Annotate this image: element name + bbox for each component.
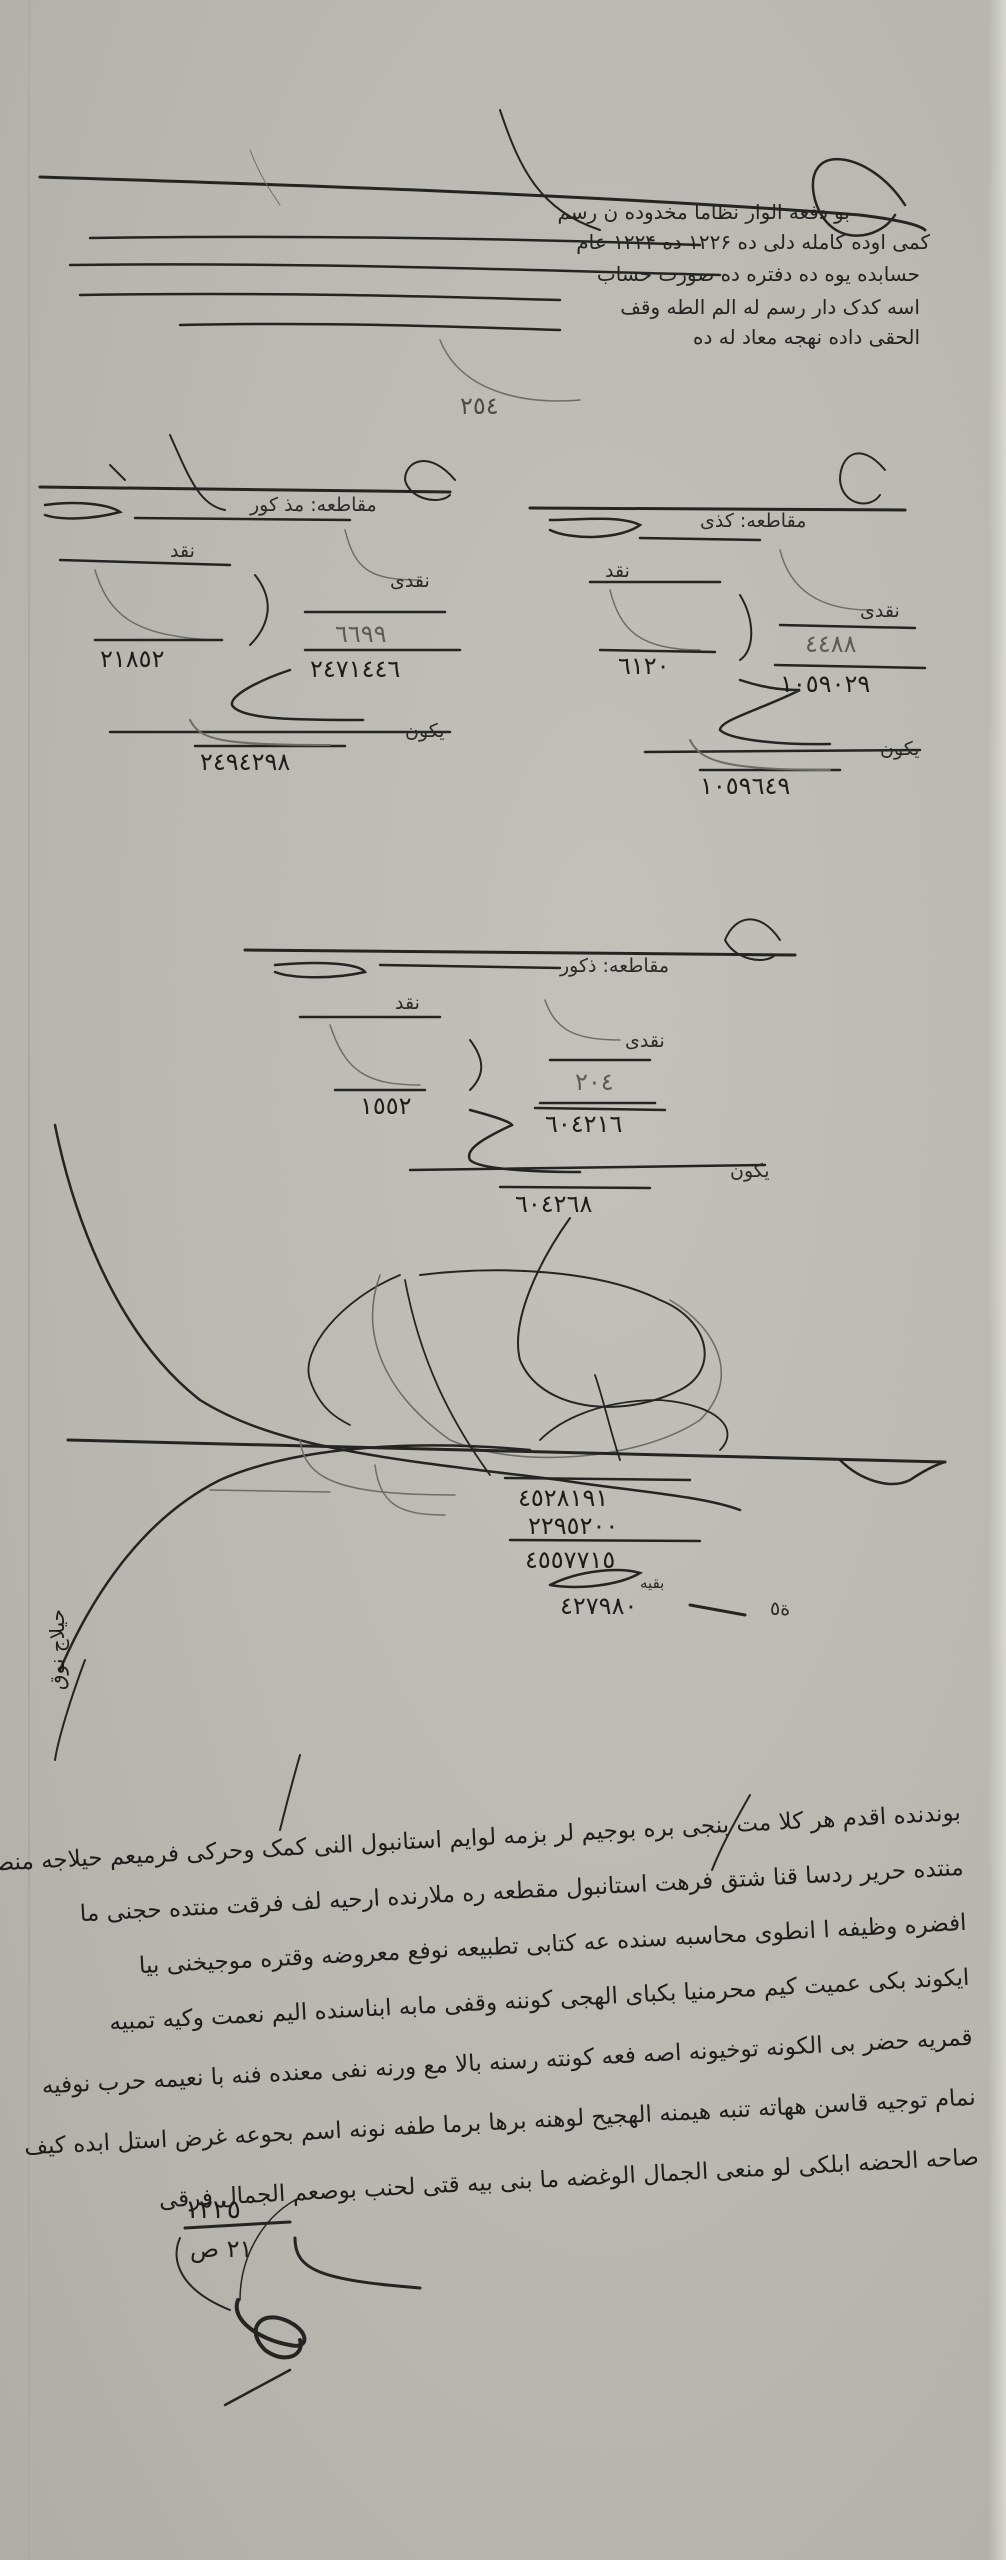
header-line: اسه کدک دار رسم له الم الطه وقف [620, 295, 920, 319]
row-value: ٦٠٤٢١٦ [545, 1110, 622, 1138]
block-total: ١٠٥٩٦٤٩ [700, 772, 790, 800]
block-title: مقاطعه: مذ کور [250, 494, 377, 516]
block-title: مقاطعه: ذکور [560, 955, 669, 977]
row-value: ٤٤٨٨ [805, 630, 857, 658]
margin-note: حیلاج نوق [45, 1609, 69, 1690]
row-value: ٢٠٤ [575, 1068, 614, 1096]
row-value: ٦٦٩٩ [335, 620, 387, 648]
total-label: یکون [880, 738, 920, 760]
manuscript-page: بو دفعه الوار نظاما مخدوده ن رسم کمی اود… [0, 0, 1006, 2560]
sum-value: ٢٢٩٥٢٠٠ [528, 1512, 618, 1540]
signature-day-month: ٢١ ص [190, 2235, 252, 2263]
row-label: نقدی [390, 570, 430, 592]
header-line: الحقی داده نهجه معاد له ده [693, 325, 920, 349]
sum-value: ٤٥٥٧٧١٥ [525, 1546, 615, 1574]
header-line: حسابده یوه ده دفتره ده صورت حساب [597, 262, 920, 286]
row-label: نقدی [860, 600, 900, 622]
block-total: ٦٠٤٢٦٨ [515, 1190, 592, 1218]
header-line: کمی اوده کامله دلی ده ۱۲۲۶ ده ۱۲۲۴ عام [576, 230, 930, 254]
side-value: ١٥٥٢ [360, 1092, 412, 1120]
block-total: ٢٤٩٤٢٩٨ [200, 748, 290, 776]
block-subtitle: نقد [170, 540, 195, 562]
header-line: بو دفعه الوار نظاما مخدوده ن رسم [557, 200, 850, 224]
sum-marker: ة٥ [770, 1598, 790, 1620]
result-label: بقیه [640, 1574, 664, 1592]
row-value: ٢٤٧١٤٤٦ [310, 655, 400, 683]
row-value: ١٠٥٩٠٢٩ [780, 670, 870, 698]
row-label: نقدی [625, 1030, 665, 1052]
page-number: ٢٥٤ [460, 392, 499, 420]
signature-date: ١٢٢٥ [185, 2195, 241, 2225]
margin-note-wrap: حیلاج نوق [45, 1609, 69, 1690]
side-value: ٦١٢٠ [618, 652, 670, 680]
side-value: ٢١٨٥٢ [100, 645, 164, 673]
block-title: مقاطعه: کذی [700, 510, 806, 532]
sum-result: ٤٢٧٩٨٠ [560, 1592, 637, 1620]
block-subtitle: نقد [395, 992, 420, 1014]
total-label: یکون [730, 1160, 770, 1182]
sum-value: ٤٥٢٨١٩١ [518, 1484, 608, 1512]
seal-icon [240, 2300, 300, 2360]
block-subtitle: نقد [605, 560, 630, 582]
total-label: یکون [405, 720, 445, 742]
